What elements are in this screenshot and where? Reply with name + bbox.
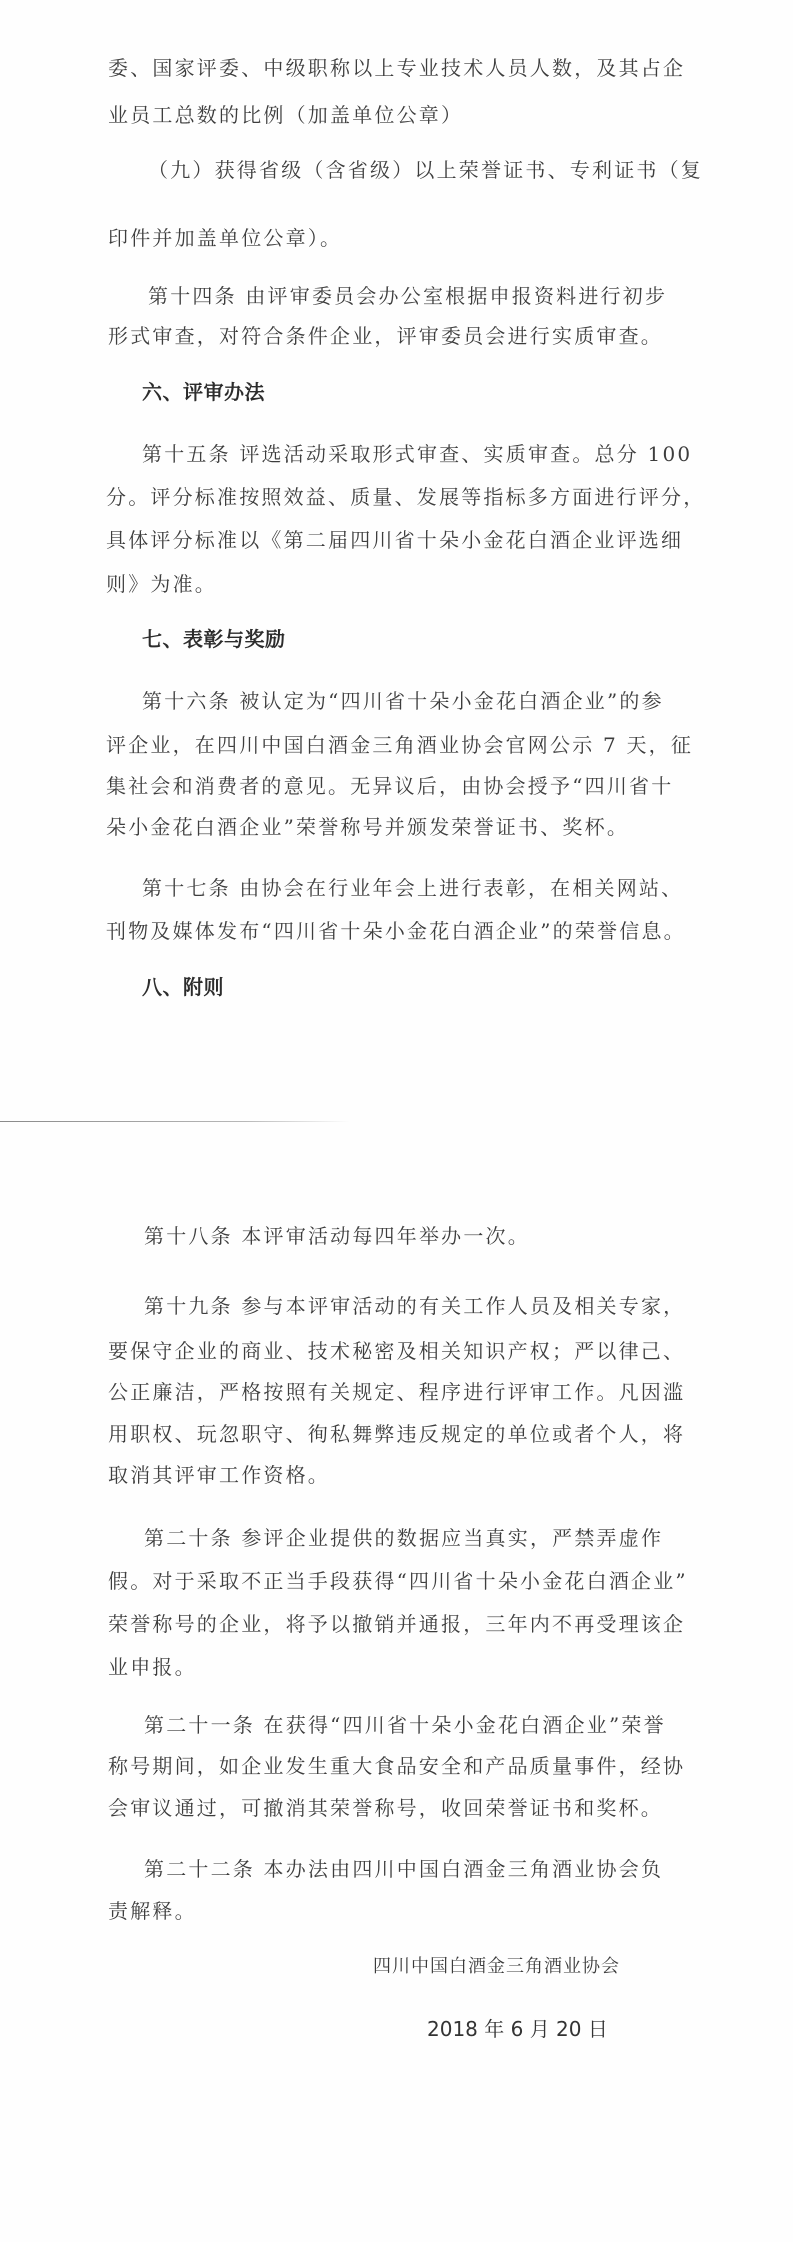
text-line: 委、国家评委、中级职称以上专业技术人员人数，及其占企 [108, 56, 685, 80]
text-line: 业员工总数的比例（加盖单位公章） [108, 103, 463, 127]
signature-date: 2018 年 6 月 20 日 [427, 2017, 608, 2041]
text-line: （九）获得省级（含省级）以上荣誉证书、专利证书（复 [148, 158, 703, 182]
text-line: 要保守企业的商业、技术秘密及相关知识产权；严以律己、 [108, 1339, 685, 1363]
section-heading-evaluation-method: 六、评审办法 [142, 380, 265, 404]
text-line: 第十六条 被认定为“四川省十朵小金花白酒企业”的参 [142, 689, 664, 713]
document-page-2: 第十八条 本评审活动每四年举办一次。 第十九条 参与本评审活动的有关工作人员及相… [0, 1122, 793, 2242]
text-line: 用职权、玩忽职守、徇私舞弊违反规定的单位或者个人，将 [108, 1422, 685, 1446]
text-line: 形式审查，对符合条件企业，评审委员会进行实质审查。 [108, 324, 663, 348]
text-line: 第十七条 由协会在行业年会上进行表彰，在相关网站、 [142, 876, 683, 900]
text-line: 第十五条 评选活动采取形式审查、实质审查。总分 100 [142, 442, 692, 466]
text-line: 公正廉洁，严格按照有关规定、程序进行评审工作。凡因滥 [108, 1380, 685, 1404]
text-line: 第十四条 由评审委员会办公室根据申报资料进行初步 [148, 284, 667, 308]
document-page-1: 委、国家评委、中级职称以上专业技术人员人数，及其占企 业员工总数的比例（加盖单位… [0, 0, 793, 1121]
text-line: 具体评分标准以《第二届四川省十朵小金花白酒企业评选细 [106, 528, 683, 552]
section-heading-supplementary: 八、附则 [142, 975, 224, 999]
text-line: 荣誉称号的企业，将予以撤销并通报，三年内不再受理该企 [108, 1612, 685, 1636]
text-line: 集社会和消费者的意见。无异议后，由协会授予“四川省十 [106, 774, 673, 798]
text-line: 会审议通过，可撤消其荣誉称号，收回荣誉证书和奖杯。 [108, 1796, 663, 1820]
text-line: 第二十条 参评企业提供的数据应当真实，严禁弄虚作 [144, 1526, 663, 1550]
text-line: 刊物及媒体发布“四川省十朵小金花白酒企业”的荣誉信息。 [106, 919, 686, 943]
text-line: 第二十二条 本办法由四川中国白酒金三角酒业协会负 [144, 1857, 663, 1881]
text-line: 第十八条 本评审活动每四年举办一次。 [144, 1224, 530, 1248]
text-line: 取消其评审工作资格。 [108, 1463, 330, 1487]
text-line: 评企业，在四川中国白酒金三角酒业协会官网公示 7 天，征 [106, 733, 693, 757]
text-line: 称号期间，如企业发生重大食品安全和产品质量事件，经协 [108, 1754, 685, 1778]
text-line: 责解释。 [108, 1899, 197, 1923]
text-line: 则》为准。 [106, 572, 217, 596]
text-line: 印件并加盖单位公章）。 [108, 226, 342, 250]
text-line: 分。评分标准按照效益、质量、发展等指标多方面进行评分， [106, 485, 705, 509]
text-line: 假。对于采取不正当手段获得“四川省十朵小金花白酒企业” [108, 1569, 688, 1593]
section-heading-awards: 七、表彰与奖励 [142, 627, 286, 651]
text-line: 第二十一条 在获得“四川省十朵小金花白酒企业”荣誉 [144, 1713, 666, 1737]
text-line: 第十九条 参与本评审活动的有关工作人员及相关专家， [144, 1294, 685, 1318]
text-line: 业申报。 [108, 1655, 197, 1679]
text-line: 朵小金花白酒企业”荣誉称号并颁发荣誉证书、奖杯。 [106, 815, 629, 839]
signature-organization: 四川中国白酒金三角酒业协会 [373, 1956, 620, 1978]
